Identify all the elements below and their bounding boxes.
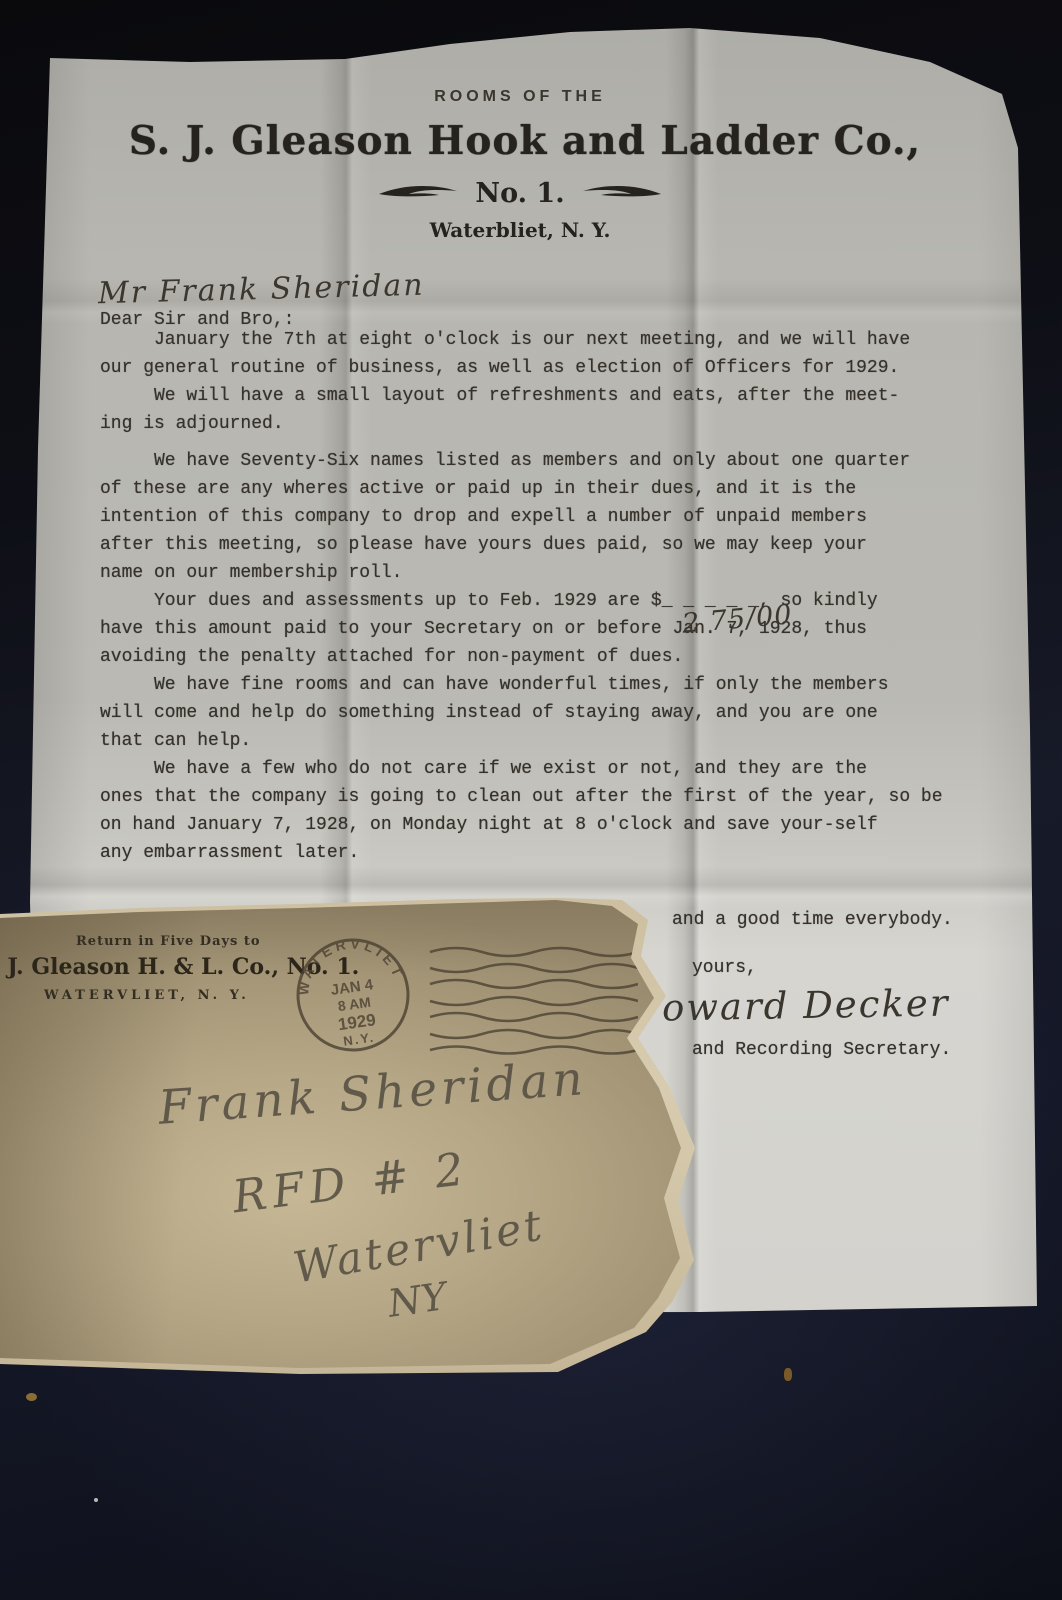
- typed-line: We will have a small layout of refreshme…: [100, 386, 1030, 414]
- typed-line: will come and help do something instead …: [100, 703, 1030, 731]
- letterhead-number-line: No. 1.: [30, 178, 1010, 209]
- salutation: Dear Sir and Bro,:: [100, 310, 294, 330]
- typed-line: We have a few who do not care if we exis…: [100, 759, 1030, 787]
- typed-line: our general routine of business, as well…: [100, 358, 1030, 386]
- envelope-address-state: NY: [385, 1274, 449, 1326]
- typed-line: [100, 442, 1030, 451]
- typed-line: after this meeting, so please have yours…: [100, 535, 1030, 563]
- cancellation-lines: [428, 946, 638, 1056]
- typed-line: intention of this company to drop and ex…: [100, 507, 1030, 535]
- signature-howard-decker: oward Decker: [662, 981, 950, 1029]
- envelope: Return in Five Days to . J. Gleason H. &…: [0, 898, 700, 1376]
- return-address-city: WATERVLIET, N. Y.: [44, 988, 250, 1003]
- typed-line: name on our membership roll.: [100, 563, 1030, 591]
- letterhead-company-name: S. J. Gleason Hook and Ladder Co.,: [30, 118, 1020, 164]
- closing-line: yours,: [692, 958, 757, 978]
- signer-title-line: and Recording Secretary.: [692, 1040, 951, 1060]
- postmark-stamp: WATERVLIET JAN 4 8 AM 1929 N.Y.: [286, 928, 419, 1061]
- typed-line: that can help.: [100, 731, 1030, 759]
- typed-line: any embarrassment later.: [100, 843, 1030, 871]
- typed-line: have this amount paid to your Secretary …: [100, 619, 1030, 647]
- flourish-icon: [379, 184, 457, 200]
- typed-line: We have fine rooms and can have wonderfu…: [100, 675, 1030, 703]
- letterhead-city-line: Waterbliet, N. Y.: [30, 218, 1010, 242]
- typed-line: ones that the company is going to clean …: [100, 787, 1030, 815]
- typed-line: Your dues and assessments up to Feb. 192…: [100, 591, 1030, 619]
- debris-speck: [784, 1368, 792, 1381]
- typed-line: January the 7th at eight o'clock is our …: [100, 330, 1030, 358]
- envelope-address-name: Frank Sheridan: [157, 1051, 589, 1136]
- letterhead-rooms-line: ROOMS OF THE: [30, 88, 1010, 106]
- return-address-instruction: Return in Five Days to: [76, 934, 261, 949]
- typed-line: We have Seventy-Six names listed as memb…: [100, 451, 1030, 479]
- handwritten-recipient: Mr Frank Sheridan: [98, 268, 425, 312]
- flourish-icon: [583, 184, 661, 200]
- envelope-address-rfd: RFD # 2: [230, 1142, 473, 1224]
- debris-speck: [26, 1393, 37, 1401]
- typed-line: ing is adjourned.: [100, 414, 1030, 442]
- postscript-line: and a good time everybody.: [672, 910, 953, 930]
- photo-background: ROOMS OF THE S. J. Gleason Hook and Ladd…: [0, 0, 1062, 1600]
- number-text: No. 1.: [475, 178, 564, 209]
- typed-line: of these are any wheres active or paid u…: [100, 479, 1030, 507]
- typed-line: on hand January 7, 1928, on Monday night…: [100, 815, 1030, 843]
- typed-line: avoiding the penalty attached for non-pa…: [100, 647, 1030, 675]
- letter-body: January the 7th at eight o'clock is our …: [100, 330, 1030, 871]
- debris-speck: [94, 1498, 98, 1502]
